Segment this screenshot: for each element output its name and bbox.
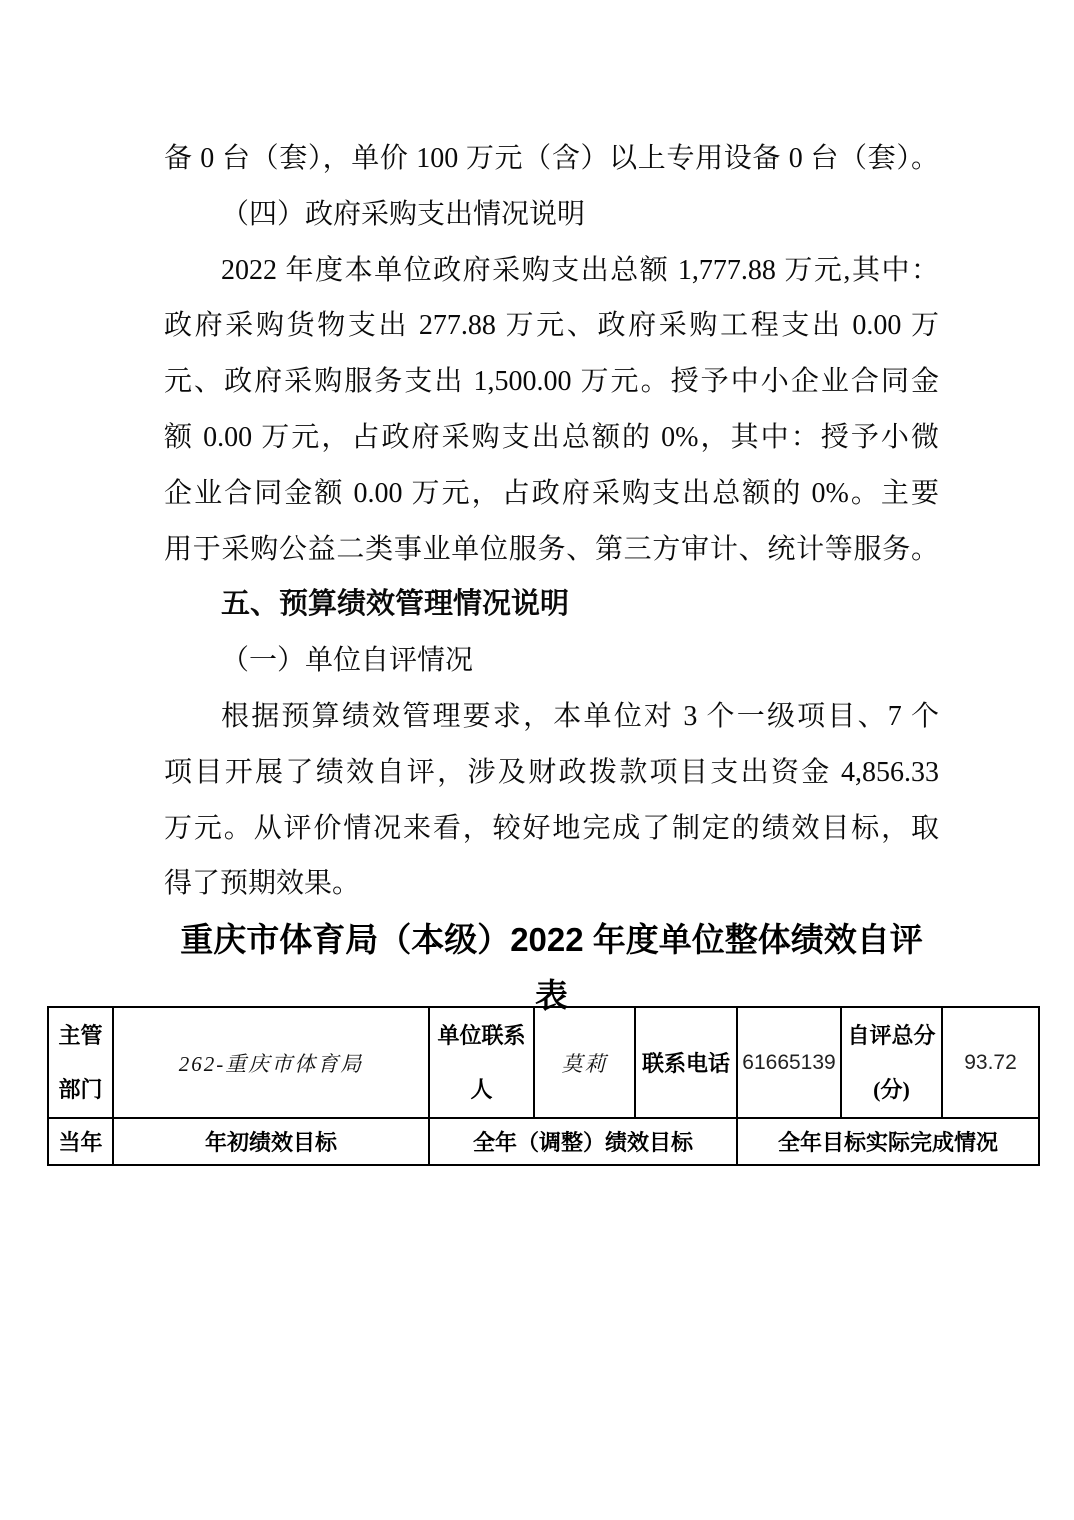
phone-value-cell: 61665139 [737,1007,841,1118]
section-heading-5: 五、预算绩效管理情况说明 [164,577,939,633]
paragraph-line: 元、政府采购服务支出 1,500.00 万元。授予中小企业合同金 [164,354,939,410]
paragraph-line: 得了预期效果。 [164,856,939,912]
adjusted-goal-label-cell: 全年（调整）绩效目标 [429,1118,737,1165]
document-page: 备 0 台（套），单价 100 万元（含）以上专用设备 0 台（套）。 （四）政… [0,0,1074,1520]
contact-value-cell: 莫莉 [534,1007,635,1118]
paragraph-line: 用于采购公益二类事业单位服务、第三方审计、统计等服务。 [164,522,939,578]
document-title: 重庆市体育局（本级）2022 年度单位整体绩效自评表 [164,912,939,968]
paragraph-line: 根据预算绩效管理要求，本单位对 3 个一级项目、7 个 [164,689,939,745]
subsection-heading-1: （一）单位自评情况 [164,633,939,689]
score-label-cell: 自评总分(分) [841,1007,942,1118]
table-row: 当年 年初绩效目标 全年（调整）绩效目标 全年目标实际完成情况 [48,1118,1039,1165]
section-heading-4: （四）政府采购支出情况说明 [164,187,939,243]
table-row: 主管部门 262-重庆市体育局 单位联系人 莫莉 联系电话 61665139 自… [48,1007,1039,1118]
initial-goal-label-cell: 年初绩效目标 [113,1118,429,1165]
dept-value-cell: 262-重庆市体育局 [113,1007,429,1118]
paragraph-line: 项目开展了绩效自评，涉及财政拨款项目支出资金 4,856.33 [164,745,939,801]
paragraph-line: 额 0.00 万元，占政府采购支出总额的 0%，其中：授予小微 [164,410,939,466]
self-eval-table: 主管部门 262-重庆市体育局 单位联系人 莫莉 联系电话 61665139 自… [47,1006,1040,1166]
year-label-cell: 当年 [48,1118,113,1165]
paragraph-line: 2022 年度本单位政府采购支出总额 1,777.88 万元,其中： [164,243,939,299]
dept-label-cell: 主管部门 [48,1007,113,1118]
paragraph-line: 备 0 台（套），单价 100 万元（含）以上专用设备 0 台（套）。 [164,131,939,187]
score-value-cell: 93.72 [942,1007,1039,1118]
paragraph-line: 企业合同金额 0.00 万元，占政府采购支出总额的 0%。主要 [164,466,939,522]
paragraph-line: 万元。从评价情况来看，较好地完成了制定的绩效目标，取 [164,801,939,857]
completion-label-cell: 全年目标实际完成情况 [737,1118,1039,1165]
contact-label-cell: 单位联系人 [429,1007,534,1118]
phone-label-cell: 联系电话 [635,1007,737,1118]
body-text: 备 0 台（套），单价 100 万元（含）以上专用设备 0 台（套）。 （四）政… [164,131,939,968]
paragraph-line: 政府采购货物支出 277.88 万元、政府采购工程支出 0.00 万 [164,298,939,354]
